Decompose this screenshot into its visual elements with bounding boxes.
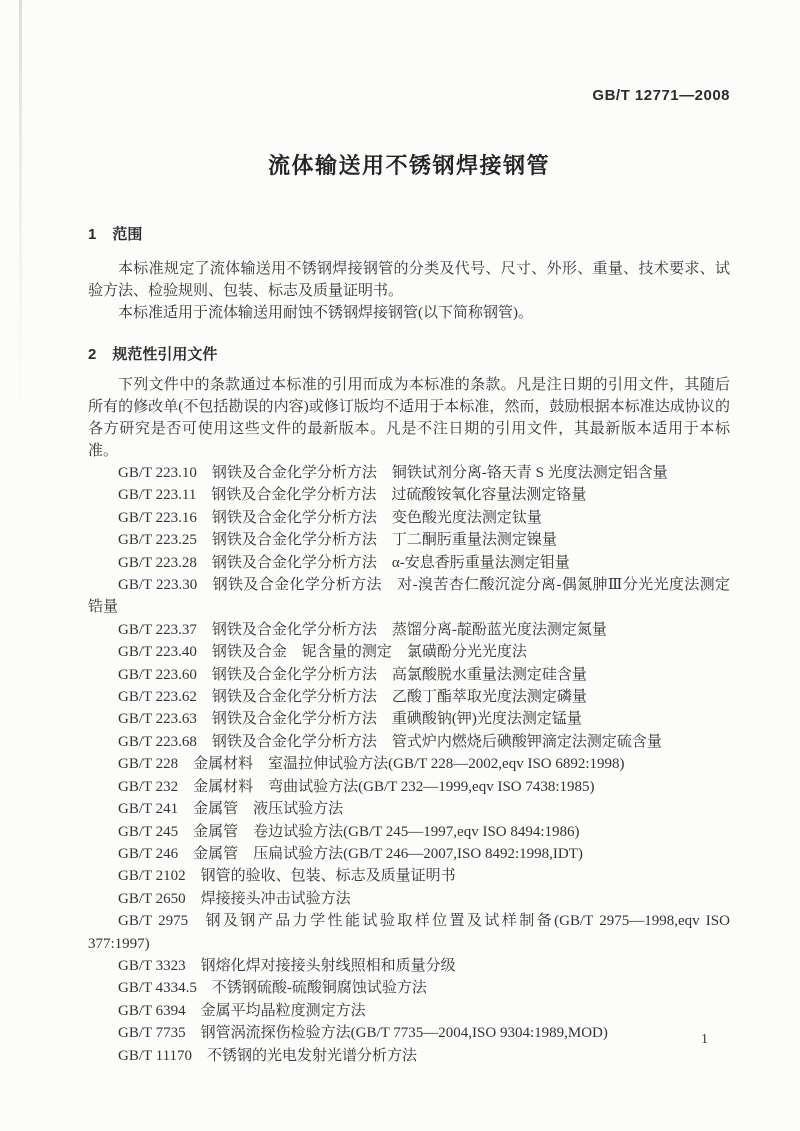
section-1-heading: 1范围: [88, 224, 730, 246]
reference-title: 钢铁及合金化学分析方法 过硫酸铵氧化容量法测定铬量: [211, 487, 586, 503]
reference-item: GB/T 223.16钢铁及合金化学分析方法 变色酸光度法测定钛量: [88, 507, 730, 529]
reference-title: 焊接接头冲击试验方法: [201, 891, 351, 907]
reference-item: GB/T 223.62钢铁及合金化学分析方法 乙酸丁酯萃取光度法测定磷量: [88, 686, 730, 708]
reference-item: GB/T 4334.5不锈钢硫酸-硫酸铜腐蚀试验方法: [88, 977, 730, 999]
reference-title: 钢铁及合金化学分析方法 蒸馏分离-靛酚蓝光度法测定氮量: [212, 622, 607, 638]
reference-code: GB/T 223.60: [118, 667, 212, 683]
reference-item: GB/T 6394金属平均晶粒度测定方法: [88, 1000, 730, 1022]
reference-title: 钢铁及合金化学分析方法 高氯酸脱水重量法测定硅含量: [212, 667, 587, 683]
reference-item: GB/T 223.11钢铁及合金化学分析方法 过硫酸铵氧化容量法测定铬量: [88, 484, 730, 506]
reference-code: GB/T 223.16: [118, 510, 212, 526]
reference-code: GB/T 223.37: [118, 622, 212, 638]
reference-code: GB/T 223.30: [118, 577, 212, 593]
reference-item: GB/T 2650焊接接头冲击试验方法: [88, 888, 730, 910]
reference-title: 金属管 卷边试验方法(GB/T 245—1997,eqv ISO 8494:19…: [193, 824, 579, 840]
reference-title: 钢铁及合金化学分析方法 管式炉内燃烧后碘酸钾滴定法测定硫含量: [212, 734, 662, 750]
reference-code: GB/T 2975: [118, 913, 203, 929]
reference-title: 金属管 液压试验方法: [193, 801, 343, 817]
reference-item: GB/T 246金属管 压扁试验方法(GB/T 246—2007,ISO 849…: [88, 843, 730, 865]
reference-item: GB/T 223.30钢铁及合金化学分析方法 对-溴苦杏仁酸沉淀分离-偶氮胂Ⅲ分…: [88, 574, 730, 619]
reference-title: 钢铁及合金 铌含量的测定 氯磺酚分光光度法: [212, 644, 527, 660]
reference-item: GB/T 245金属管 卷边试验方法(GB/T 245—1997,eqv ISO…: [88, 821, 730, 843]
reference-code: GB/T 232: [118, 779, 193, 795]
reference-title: 钢铁及合金化学分析方法 丁二酮肟重量法测定镍量: [212, 532, 557, 548]
section-2-number: 2: [88, 344, 96, 366]
page-number: 1: [701, 1032, 708, 1048]
reference-item: GB/T 7735钢管涡流探伤检验方法(GB/T 7735—2004,ISO 9…: [88, 1022, 730, 1044]
reference-item: GB/T 228金属材料 室温拉伸试验方法(GB/T 228—2002,eqv …: [88, 753, 730, 775]
reference-code: GB/T 2650: [118, 891, 201, 907]
reference-item: GB/T 232金属材料 弯曲试验方法(GB/T 232—1999,eqv IS…: [88, 776, 730, 798]
reference-code: GB/T 2102: [118, 868, 201, 884]
reference-code: GB/T 7735: [118, 1025, 201, 1041]
reference-title: 钢熔化焊对接接头射线照相和质量分级: [201, 958, 456, 974]
reference-item: GB/T 223.37钢铁及合金化学分析方法 蒸馏分离-靛酚蓝光度法测定氮量: [88, 619, 730, 641]
reference-item: GB/T 223.68钢铁及合金化学分析方法 管式炉内燃烧后碘酸钾滴定法测定硫含…: [88, 731, 730, 753]
reference-code: GB/T 246: [118, 846, 193, 862]
reference-title: 钢管的验收、包装、标志及质量证明书: [201, 868, 456, 884]
reference-item: GB/T 223.60钢铁及合金化学分析方法 高氯酸脱水重量法测定硅含量: [88, 664, 730, 686]
reference-code: GB/T 223.25: [118, 532, 212, 548]
reference-code: GB/T 223.68: [118, 734, 212, 750]
standard-code: GB/T 12771—2008: [592, 87, 730, 104]
reference-item: GB/T 2975钢及钢产品力学性能试验取样位置及试样制备(GB/T 2975—…: [88, 910, 730, 955]
reference-item: GB/T 241金属管 液压试验方法: [88, 798, 730, 820]
reference-code: GB/T 241: [118, 801, 193, 817]
reference-title: 金属管 压扁试验方法(GB/T 246—2007,ISO 8492:1998,I…: [193, 846, 583, 862]
reference-title: 钢管涡流探伤检验方法(GB/T 7735—2004,ISO 9304:1989,…: [201, 1025, 608, 1041]
reference-item: GB/T 11170不锈钢的光电发射光谱分析方法: [88, 1045, 730, 1067]
reference-code: GB/T 6394: [118, 1003, 201, 1019]
reference-title: 钢铁及合金化学分析方法 铜铁试剂分离-铬天青 S 光度法测定铝含量: [212, 465, 668, 481]
reference-code: GB/T 223.11: [118, 487, 211, 503]
scanned-document-page: GB/T 12771—2008 流体输送用不锈钢焊接钢管 1范围 本标准规定了流…: [0, 0, 800, 1131]
reference-code: GB/T 3323: [118, 958, 201, 974]
document-title: 流体输送用不锈钢焊接钢管: [88, 150, 730, 182]
reference-code: GB/T 223.10: [118, 465, 212, 481]
reference-title: 不锈钢的光电发射光谱分析方法: [207, 1048, 417, 1064]
reference-code: GB/T 223.28: [118, 555, 212, 571]
reference-item: GB/T 2102钢管的验收、包装、标志及质量证明书: [88, 865, 730, 887]
reference-item: GB/T 223.40钢铁及合金 铌含量的测定 氯磺酚分光光度法: [88, 641, 730, 663]
section-1-label: 范围: [112, 226, 142, 243]
reference-title: 钢铁及合金化学分析方法 α-安息香肟重量法测定钼量: [212, 555, 570, 571]
reference-title: 钢铁及合金化学分析方法 重碘酸钠(钾)光度法测定锰量: [212, 711, 582, 727]
reference-item: GB/T 223.63钢铁及合金化学分析方法 重碘酸钠(钾)光度法测定锰量: [88, 708, 730, 730]
page-content: GB/T 12771—2008 流体输送用不锈钢焊接钢管 1范围 本标准规定了流…: [0, 0, 800, 1067]
reference-title: 钢铁及合金化学分析方法 变色酸光度法测定钛量: [212, 510, 542, 526]
reference-title: 不锈钢硫酸-硫酸铜腐蚀试验方法: [212, 980, 427, 996]
reference-title: 金属材料 室温拉伸试验方法(GB/T 228—2002,eqv ISO 6892…: [193, 756, 624, 772]
section-1-number: 1: [88, 224, 96, 246]
reference-code: GB/T 223.62: [118, 689, 212, 705]
reference-code: GB/T 245: [118, 824, 193, 840]
reference-item: GB/T 223.25钢铁及合金化学分析方法 丁二酮肟重量法测定镍量: [88, 529, 730, 551]
reference-code: GB/T 223.40: [118, 644, 212, 660]
section-2-heading: 2规范性引用文件: [88, 344, 730, 366]
reference-code: GB/T 11170: [118, 1048, 207, 1064]
reference-code: GB/T 223.63: [118, 711, 212, 727]
reference-title: 钢铁及合金化学分析方法 乙酸丁酯萃取光度法测定磷量: [212, 689, 587, 705]
reference-list: GB/T 223.10钢铁及合金化学分析方法 铜铁试剂分离-铬天青 S 光度法测…: [88, 462, 730, 1067]
reference-code: GB/T 4334.5: [118, 980, 212, 996]
reference-item: GB/T 223.10钢铁及合金化学分析方法 铜铁试剂分离-铬天青 S 光度法测…: [88, 462, 730, 484]
reference-item: GB/T 3323钢熔化焊对接接头射线照相和质量分级: [88, 955, 730, 977]
reference-title: 金属材料 弯曲试验方法(GB/T 232—1999,eqv ISO 7438:1…: [193, 779, 594, 795]
reference-code: GB/T 228: [118, 756, 193, 772]
document-header: GB/T 12771—2008: [88, 88, 730, 104]
reference-title: 金属平均晶粒度测定方法: [201, 1003, 366, 1019]
section-2-label: 规范性引用文件: [112, 346, 217, 363]
scope-paragraph-2: 本标准适用于流体输送用耐蚀不锈钢焊接钢管(以下简称钢管)。: [88, 302, 730, 324]
scope-paragraph-1: 本标准规定了流体输送用不锈钢焊接钢管的分类及代号、尺寸、外形、重量、技术要求、试…: [88, 258, 730, 302]
reference-item: GB/T 223.28钢铁及合金化学分析方法 α-安息香肟重量法测定钼量: [88, 552, 730, 574]
normative-references-intro: 下列文件中的条款通过本标准的引用而成为本标准的条款。凡是注日期的引用文件，其随后…: [88, 374, 730, 462]
